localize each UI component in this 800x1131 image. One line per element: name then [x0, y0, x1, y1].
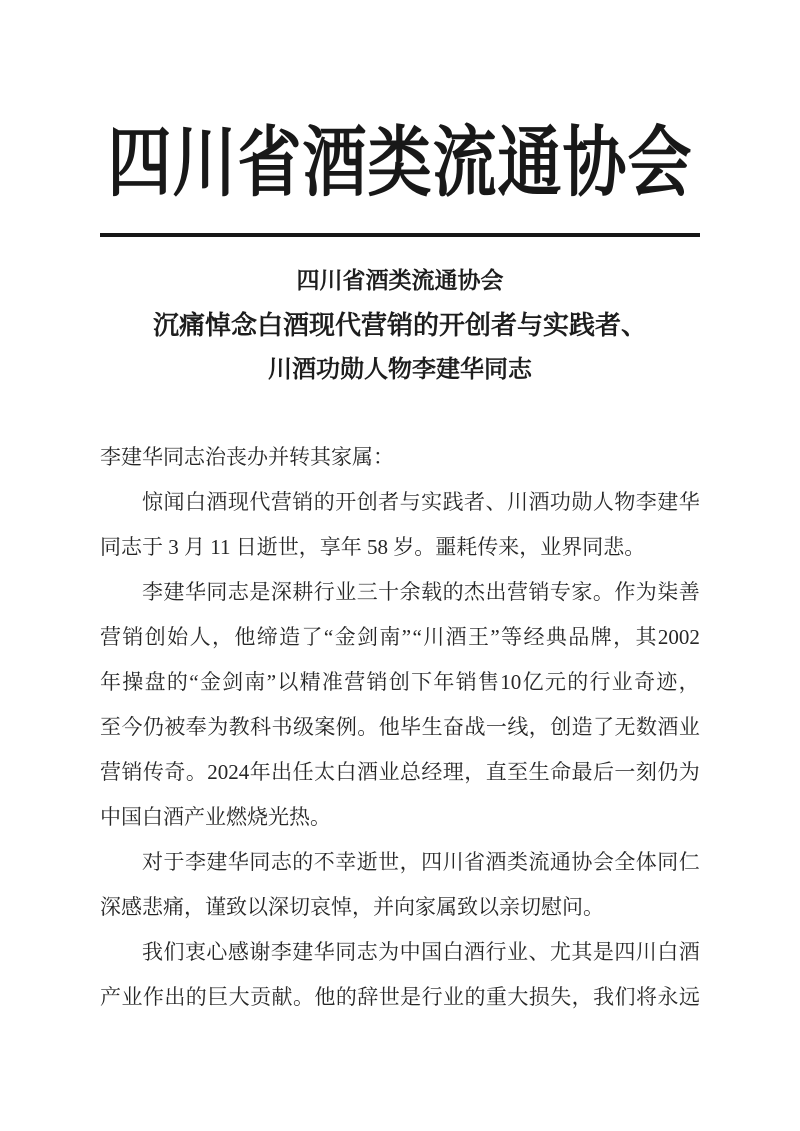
body-line-token: 流	[528, 840, 549, 885]
body-line-token: 善	[679, 570, 700, 615]
body-line-token: 对	[142, 840, 163, 885]
body-line-token: 世	[378, 840, 399, 885]
body-line-token: 志	[228, 570, 249, 615]
body-line-token: 李	[271, 930, 292, 975]
body-line-token: 通	[550, 840, 571, 885]
body-line-token: 数	[636, 705, 657, 750]
body-line: 惊闻白酒现代营销的开创者与实践者、川酒功勋人物李建华	[100, 480, 700, 525]
body-line-token: 销	[367, 660, 388, 705]
body-line-token: 业	[507, 930, 528, 975]
body-line-token: 李	[636, 480, 657, 525]
body-line-token: 金	[335, 615, 356, 660]
body-line-token: 体	[636, 840, 657, 885]
document-page: 四川省酒类流通协会 四川省酒类流通协会 沉痛悼念白酒现代营销的开创者与实践者、 …	[0, 0, 800, 1131]
body-line-token: 酒	[446, 615, 467, 660]
letterhead: 四川省酒类流通协会	[100, 0, 700, 237]
body-line-token: “	[189, 660, 198, 705]
body-line-token: 志	[357, 930, 378, 975]
body-line-token: 创	[550, 705, 571, 750]
body-line-token: 。	[357, 705, 378, 750]
body-line-token: 直	[486, 750, 507, 795]
body-line-token: 为	[378, 930, 399, 975]
body-line-token: 实	[421, 480, 442, 525]
body-line-token: 耕	[292, 570, 313, 615]
body-line-token: 其	[635, 615, 656, 660]
body-line-token: 亿	[523, 660, 544, 705]
body-line-token: 的	[464, 975, 485, 1020]
body-line-token: 产	[100, 975, 121, 1020]
body-line-token: 行	[589, 660, 610, 705]
body-line-token: 创	[145, 615, 166, 660]
body-line-token: 建	[163, 570, 184, 615]
body-line-token: 失	[550, 975, 571, 1020]
body-line-token: 作	[614, 570, 635, 615]
body-line-token: 酒	[486, 840, 507, 885]
body-line-token: 他	[234, 615, 255, 660]
body-line-token: 销	[122, 615, 143, 660]
body-line-token: 专	[550, 570, 571, 615]
body-line-token: 教	[229, 705, 250, 750]
body-line-token: 协	[571, 840, 592, 885]
body-line-token: 缔	[257, 615, 278, 660]
body-line-token: 省	[464, 840, 485, 885]
body-line-token: 营	[100, 750, 121, 795]
body-line-token: 功	[550, 480, 571, 525]
body-line-token: 业	[121, 975, 142, 1020]
body-line-token: 辞	[357, 975, 378, 1020]
body-line-token: 不	[314, 840, 335, 885]
body-line-token: 战	[464, 705, 485, 750]
body-line-token: 案	[314, 705, 335, 750]
body-line-token: 无	[615, 705, 636, 750]
body-line-token: 同	[657, 840, 678, 885]
body-line: 产业作出的巨大贡献。他的辞世是行业的重大损失，我们将永远	[100, 975, 700, 1020]
body-line-token: 巨	[207, 975, 228, 1020]
body-line-token: 酒	[464, 930, 485, 975]
body-line-token: 感	[228, 930, 249, 975]
body-line-token: 幸	[335, 840, 356, 885]
body-line-token: 的	[567, 660, 588, 705]
body-line-token: 创	[357, 480, 378, 525]
body-line-token: 的	[167, 660, 188, 705]
body-line-token: 川	[636, 930, 657, 975]
body-line-token: 最	[572, 750, 593, 795]
body-line-token: 剑	[222, 660, 243, 705]
body-line-token: 奇	[164, 750, 185, 795]
body-line-token: 柒	[657, 570, 678, 615]
body-line-token: 与	[400, 480, 421, 525]
body-line-token: 造	[572, 705, 593, 750]
body-line-token: 损	[529, 975, 550, 1020]
body-line-token: 十	[378, 570, 399, 615]
body-line-token: 牌	[591, 615, 612, 660]
body-line-token: 国	[421, 930, 442, 975]
notice-title-block: 四川省酒类流通协会 沉痛悼念白酒现代营销的开创者与实践者、 川酒功勋人物李建华同…	[100, 258, 700, 393]
body-line-token: 奋	[443, 705, 464, 750]
body-line-token: 惊	[142, 480, 163, 525]
body-line-token: 们	[615, 975, 636, 1020]
body-line-token: ”	[267, 660, 276, 705]
body-line-token: 深	[271, 570, 292, 615]
body-line-token: 操	[122, 660, 143, 705]
body-line-token: 销	[456, 660, 477, 705]
notice-title-line-1: 四川省酒类流通协会	[100, 258, 700, 303]
body-line-token: 年	[100, 660, 121, 705]
body-line-token: 行	[314, 570, 335, 615]
body-line-token: 了	[302, 615, 323, 660]
body-line-token: 者	[378, 480, 399, 525]
body-line-token: 中	[400, 930, 421, 975]
body-line-token: 重	[486, 975, 507, 1020]
body-line-token: 的	[314, 480, 335, 525]
body-line-token: 、	[486, 480, 507, 525]
body-line-token: 始	[167, 615, 188, 660]
body-line-token: 建	[206, 840, 227, 885]
body-line-token: 开	[335, 480, 356, 525]
body-line-token: 出	[486, 570, 507, 615]
body-line-token: 仍	[657, 750, 678, 795]
body-line-token: 白	[185, 480, 206, 525]
body-line-token: 建	[292, 930, 313, 975]
body-line: 李建华同志治丧办并转其家属：	[100, 435, 700, 480]
notice-title-line-2: 沉痛悼念白酒现代营销的开创者与实践者、	[100, 303, 700, 348]
body-line-token: 仁	[679, 840, 700, 885]
body-line-token: 营	[344, 660, 365, 705]
body-line-token: 是	[249, 570, 270, 615]
body-line-token: 白	[336, 750, 357, 795]
body-line-token: 盘	[145, 660, 166, 705]
body-line-token: 出	[271, 750, 292, 795]
body-line-token: 造	[279, 615, 300, 660]
letter-body: 李建华同志治丧办并转其家属：惊闻白酒现代营销的开创者与实践者、川酒功勋人物李建华…	[100, 435, 700, 1020]
body-line-token: 行	[486, 930, 507, 975]
body-line-token: 南	[379, 615, 400, 660]
body-line-token: 志	[271, 840, 292, 885]
masthead-divider	[100, 233, 700, 237]
body-line-token: 人	[190, 615, 211, 660]
body-line-token: 生	[422, 705, 443, 750]
body-line-token: 川	[423, 615, 444, 660]
body-line-token: 的	[186, 975, 207, 1020]
body-line-token: 精	[300, 660, 321, 705]
body-line-token: 谢	[249, 930, 270, 975]
body-line-token: ，	[400, 840, 421, 885]
body-line-token: 品	[568, 615, 589, 660]
body-line-token: 总	[400, 750, 421, 795]
body-line-token: 经	[421, 750, 442, 795]
body-line-token: 太	[314, 750, 335, 795]
body-line-token: 闻	[163, 480, 184, 525]
body-line-token: 大	[229, 975, 250, 1020]
body-line-token: 酒	[357, 750, 378, 795]
body-line-token: 至	[100, 705, 121, 750]
body-line-token: 人	[593, 480, 614, 525]
body-line-token: 业	[335, 570, 356, 615]
body-line-token: 酒	[657, 705, 678, 750]
body-line-token: 四	[421, 840, 442, 885]
body-line-token: 类	[507, 840, 528, 885]
body-line-token: 年	[250, 750, 271, 795]
body-line-token: ，	[529, 705, 550, 750]
body-line: 我们衷心感谢李建华同志为中国白酒行业、尤其是四川白酒	[100, 930, 700, 975]
body-line-token: 传	[143, 750, 164, 795]
body-line-token: 杰	[464, 570, 485, 615]
document-content-column: 四川省酒类流通协会 四川省酒类流通协会 沉痛悼念白酒现代营销的开创者与实践者、 …	[100, 0, 700, 1020]
body-line-token: 是	[593, 930, 614, 975]
body-line-token: 衷	[185, 930, 206, 975]
body-line-token: 我	[142, 930, 163, 975]
body-line-token: 以	[277, 660, 298, 705]
body-line-token: 同	[335, 930, 356, 975]
body-line-token: 同	[206, 570, 227, 615]
body-line-token: 其	[571, 930, 592, 975]
body-line-token: 于	[163, 840, 184, 885]
body-line-token: 10	[500, 660, 521, 705]
body-line-token: 将	[636, 975, 657, 1020]
body-line-token: 了	[593, 705, 614, 750]
body-line-token: 售	[478, 660, 499, 705]
body-line: 深感悲痛，谨致以深切哀悼，并向家属致以亲切慰问。	[100, 885, 700, 930]
body-line-token: 献	[272, 975, 293, 1020]
body-line-token: 创	[389, 660, 410, 705]
body-line-token: 毕	[400, 705, 421, 750]
body-line-token: 的	[292, 840, 313, 885]
body-line-token: 、	[528, 930, 549, 975]
body-line-token: 余	[400, 570, 421, 615]
body-line-token: 等	[501, 615, 522, 660]
body-line-token: 理	[443, 750, 464, 795]
body-line-token: 一	[486, 705, 507, 750]
body-line-token: 。	[593, 570, 614, 615]
body-line: 中国白酒产业燃烧光热。	[100, 795, 700, 840]
body-line-token: 华	[185, 570, 206, 615]
body-line-token: “	[413, 615, 422, 660]
notice-title-line-3: 川酒功勋人物李建华同志	[100, 348, 700, 393]
body-line-token: 们	[163, 930, 184, 975]
body-line-token: 销	[528, 570, 549, 615]
body-line: 李建华同志是深耕行业三十余载的杰出营销专家。作为柒善	[100, 570, 700, 615]
body-line-token: 世	[379, 975, 400, 1020]
body-line-token: 准	[322, 660, 343, 705]
body-line-token: 营	[271, 480, 292, 525]
body-line-token: 四	[614, 930, 635, 975]
body-line-token: 家	[571, 570, 592, 615]
body-line-token: 2024	[207, 750, 249, 795]
body-line-token: ”	[490, 615, 499, 660]
body-line-token: 勋	[571, 480, 592, 525]
body-line-token: 至	[507, 750, 528, 795]
body-line-token: 2002	[658, 615, 700, 660]
body-line-token: 典	[546, 615, 567, 660]
body-line-token: 物	[614, 480, 635, 525]
body-line-token: 命	[550, 750, 571, 795]
body-line-token: 他	[379, 705, 400, 750]
body-line-token: 业	[679, 705, 700, 750]
body-line-token: 行	[422, 975, 443, 1020]
body-line-token: 李	[185, 840, 206, 885]
body-line-token: 今	[121, 705, 142, 750]
body-line-token: ，	[572, 975, 593, 1020]
body-line-token: 酒	[679, 930, 700, 975]
body-line-token: 川	[443, 840, 464, 885]
body-line-token: 出	[164, 975, 185, 1020]
body-line-token: 科	[250, 705, 271, 750]
body-line: 同志于 3 月 11 日逝世，享年 58 岁。噩耗传来，业界同悲。	[100, 525, 700, 570]
body-line-token: 年	[433, 660, 454, 705]
body-line-token: 南	[244, 660, 265, 705]
body-line-token: 我	[593, 975, 614, 1020]
body-line-token: 被	[164, 705, 185, 750]
body-line-token: 永	[657, 975, 678, 1020]
body-line-token: 后	[593, 750, 614, 795]
body-line-token: 贡	[250, 975, 271, 1020]
body-line-token: 。	[293, 975, 314, 1020]
body-line-token: 会	[593, 840, 614, 885]
body-line-token: 三	[357, 570, 378, 615]
body-line-token: 心	[206, 930, 227, 975]
body-line-token: 大	[507, 975, 528, 1020]
body-line-token: 生	[529, 750, 550, 795]
body-line-token: 王	[468, 615, 489, 660]
body-line-token: 作	[143, 975, 164, 1020]
body-line-token: 华	[679, 480, 700, 525]
body-line-token: 营	[507, 570, 528, 615]
body-line-token: 奇	[634, 660, 655, 705]
body-line-token: 远	[679, 975, 700, 1020]
body-line-token: ，	[464, 750, 485, 795]
body-line-token: 他	[314, 975, 335, 1020]
body-line-token: 华	[314, 930, 335, 975]
body-line-token: 业	[612, 660, 633, 705]
body-line-token: ”	[402, 615, 411, 660]
body-line-token: 仍	[143, 705, 164, 750]
body-line-token: 线	[507, 705, 528, 750]
body-line-token: 迹	[656, 660, 677, 705]
body-line-token: 任	[293, 750, 314, 795]
body-line: 对于李建华同志的不幸逝世，四川省酒类流通协会全体同仁	[100, 840, 700, 885]
body-line-token: 剑	[357, 615, 378, 660]
body-line-token: 尤	[550, 930, 571, 975]
body-line-token: 白	[443, 930, 464, 975]
body-line: 营销创始人，他缔造了“金剑南”“川酒王”等经典品牌，其2002	[100, 615, 700, 660]
body-line-token: 营	[100, 615, 121, 660]
body-line: 营销传奇。2024年出任太白酒业总经理，直至生命最后一刻仍为	[100, 750, 700, 795]
body-line-token: 全	[614, 840, 635, 885]
body-line-token: ，	[613, 615, 634, 660]
body-line-token: 销	[292, 480, 313, 525]
body-line-token: 书	[272, 705, 293, 750]
body-line-token: ，	[212, 615, 233, 660]
body-line-token: 华	[228, 840, 249, 885]
body-line-token: 是	[400, 975, 421, 1020]
body-line-token: 奉	[186, 705, 207, 750]
body-line-token: 李	[142, 570, 163, 615]
body-line-token: ，	[679, 660, 700, 705]
body-line-token: 业	[378, 750, 399, 795]
body-line-token: “	[324, 615, 333, 660]
body-line-token: 为	[679, 750, 700, 795]
body-line-token: 现	[228, 480, 249, 525]
body-line-token: 建	[657, 480, 678, 525]
body-line-token: 的	[443, 570, 464, 615]
body-line-token: 经	[524, 615, 545, 660]
body-line-token: 的	[336, 975, 357, 1020]
body-line: 至今仍被奉为教科书级案例。他毕生奋战一线，创造了无数酒业	[100, 705, 700, 750]
body-line-token: 白	[657, 930, 678, 975]
body-line-token: 销	[121, 750, 142, 795]
body-line-token: 业	[443, 975, 464, 1020]
body-line-token: 例	[336, 705, 357, 750]
body-line-token: 金	[200, 660, 221, 705]
body-line-token: 为	[636, 570, 657, 615]
body-line-token: 川	[507, 480, 528, 525]
body-line-token: 逝	[357, 840, 378, 885]
body-line-token: 酒	[528, 480, 549, 525]
body-line-token: 代	[249, 480, 270, 525]
body-line-token: 践	[443, 480, 464, 525]
body-line-token: 酒	[206, 480, 227, 525]
body-line-token: 刻	[636, 750, 657, 795]
body-line-token: 元	[545, 660, 566, 705]
body-line-token: 级	[293, 705, 314, 750]
body-line-token: 载	[421, 570, 442, 615]
body-line-token: 为	[207, 705, 228, 750]
body-line-token: 者	[464, 480, 485, 525]
body-line-token: 同	[249, 840, 270, 885]
body-line-token: 一	[614, 750, 635, 795]
org-masthead-title: 四川省酒类流通协会	[100, 106, 700, 221]
body-line-token: 。	[186, 750, 207, 795]
body-line: 年操盘的“金剑南”以精准营销创下年销售10亿元的行业奇迹，	[100, 660, 700, 705]
body-line-token: 下	[411, 660, 432, 705]
